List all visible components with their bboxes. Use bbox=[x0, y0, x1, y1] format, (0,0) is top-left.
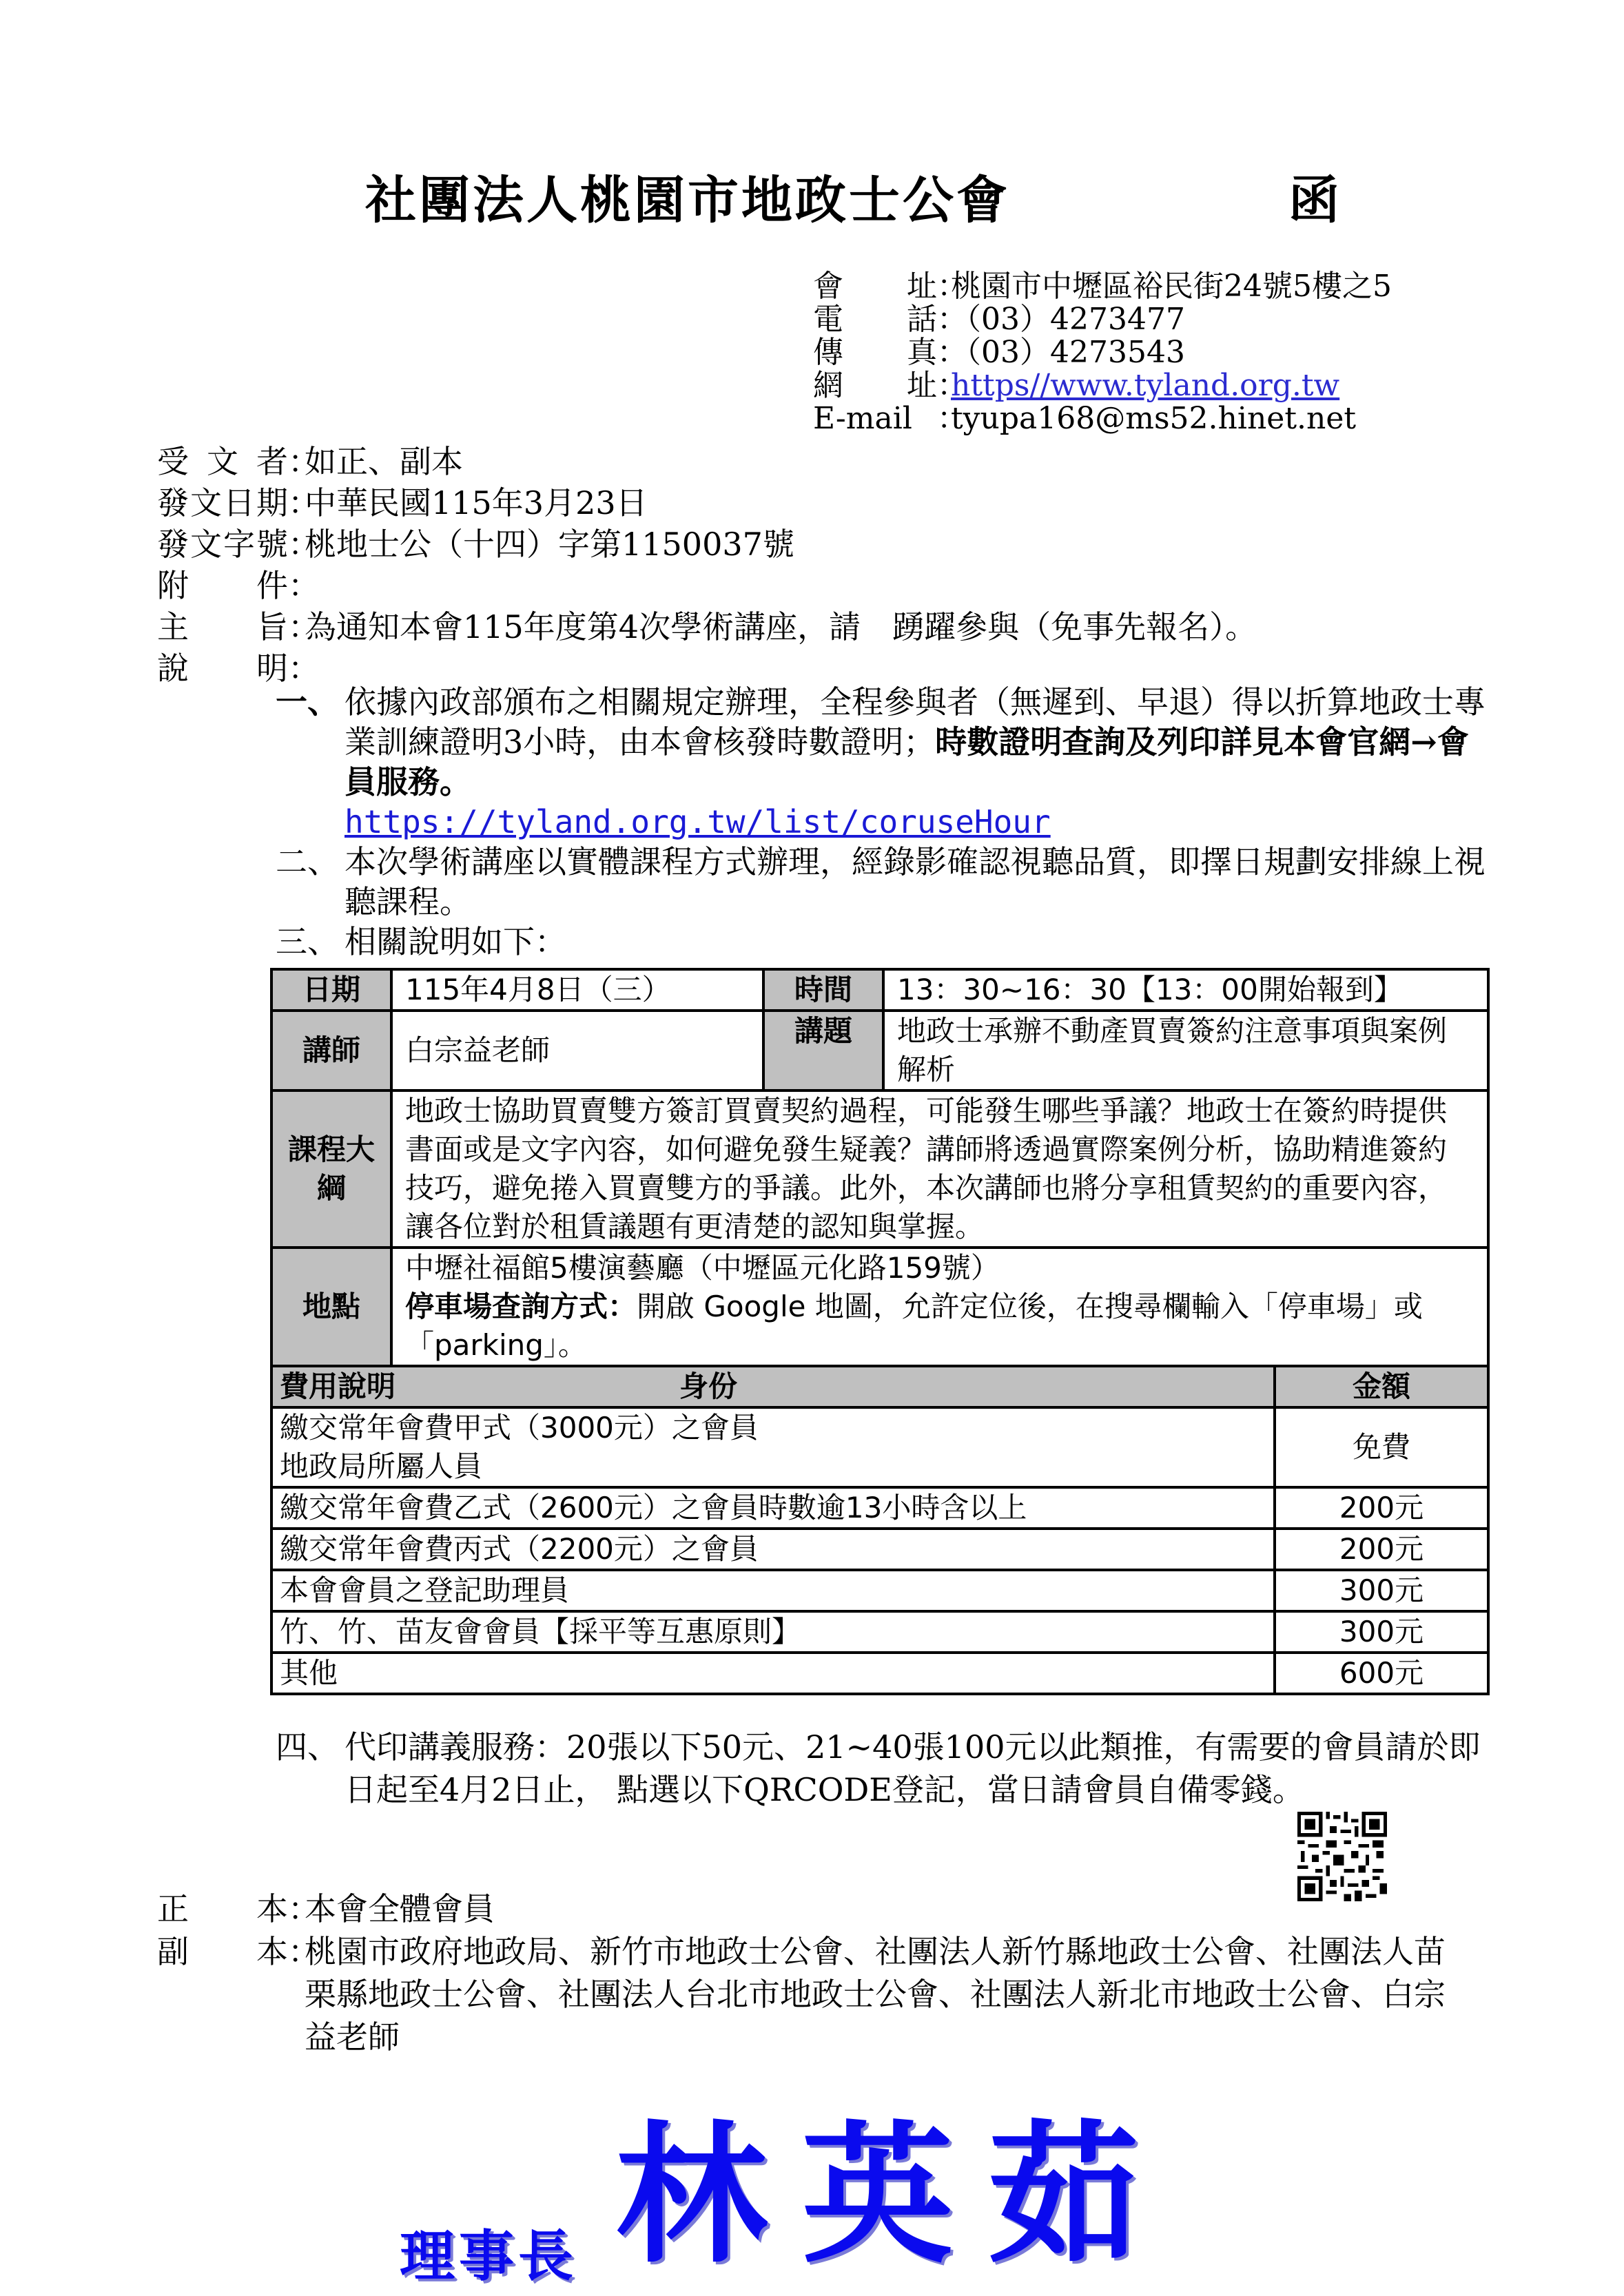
row-outline: 課程大綱 地政士協助買賣雙方簽訂買賣契約過程，可能發生哪些爭議？地政士在簽約時提… bbox=[271, 1090, 1488, 1248]
explanation-item-4: 四、 代印講義服務：20張以下50元、21~40張100元以此類推，有需要的會員… bbox=[276, 1726, 1488, 1811]
explanation-item-2: 二、 本次學術講座以實體課程方式辦理，經錄影確認視聽品質，即擇日規劃安排線上視聽… bbox=[276, 842, 1488, 922]
fee-amount: 免費 bbox=[1275, 1407, 1488, 1487]
parking-label: 停車場查詢方式： bbox=[405, 1290, 637, 1323]
phone-value: （03）4273477 bbox=[951, 303, 1185, 336]
website-link[interactable]: https//www.tyland.org.tw bbox=[951, 369, 1339, 402]
contact-phone: 電話： （03）4273477 bbox=[813, 303, 1392, 336]
letter-title: 社團法人桃園市地政士公會 函 bbox=[365, 160, 1010, 233]
signature-role: 理事長 bbox=[400, 2212, 577, 2291]
fee-amount: 200元 bbox=[1275, 1487, 1488, 1529]
row-speaker-topic: 講師 白宗益老師 講題 地政士承辦不動產買賣簽約注意事項與案例解析 bbox=[271, 1011, 1488, 1090]
carbon-copy: 副本： 桃園市政府地政局、新竹市地政士公會、社團法人新竹縣地政士公會、社團法人苗… bbox=[157, 1930, 1448, 2058]
fee-amount: 300元 bbox=[1275, 1570, 1488, 1611]
topic-label: 講題 bbox=[763, 1011, 883, 1090]
meta-attachment: 附件： bbox=[157, 565, 1257, 606]
meta-doc-number: 發文字號： 桃地士公（十四）字第1150037號 bbox=[157, 524, 1257, 565]
document-meta: 受文者： 如正、副本 發文日期： 中華民國115年3月23日 發文字號： 桃地士… bbox=[157, 441, 1257, 689]
venue-value: 中壢社福館5樓演藝廳（中壢區元化路159號） bbox=[405, 1251, 1000, 1285]
fax-value: （03）4273543 bbox=[951, 336, 1185, 369]
row-date-time: 日期 115年4月8日（三） 時間 13：30~16：30【13：00開始報到】 bbox=[271, 969, 1488, 1011]
course-hour-link[interactable]: https://tyland.org.tw/list/coruseHour bbox=[345, 803, 1051, 840]
time-label: 時間 bbox=[763, 969, 883, 1011]
address-value: 桃園市中壢區裕民街24號5樓之5 bbox=[951, 270, 1392, 303]
contact-address: 會址： 桃園市中壢區裕民街24號5樓之5 bbox=[813, 270, 1392, 303]
meta-recipient: 受文者： 如正、副本 bbox=[157, 441, 1257, 482]
copy-recipients: 正本： 本會全體會員 副本： 桃園市政府地政局、新竹市地政士公會、社團法人新竹縣… bbox=[157, 1888, 1448, 2058]
topic-value: 地政士承辦不動產買賣簽約注意事項與案例解析 bbox=[883, 1011, 1488, 1090]
email-value: tyupa168@ms52.hinet.net bbox=[951, 402, 1356, 435]
fee-row: 本會會員之登記助理員 300元 bbox=[271, 1570, 1488, 1611]
fee-label: 費用說明 bbox=[280, 1369, 395, 1403]
contact-block: 會址： 桃園市中壢區裕民街24號5樓之5 電話： （03）4273477 傳真：… bbox=[813, 270, 1392, 435]
signature-name: 林英茹 bbox=[616, 2073, 1174, 2291]
explanation-item-3: 三、 相關說明如下： bbox=[276, 922, 1488, 962]
fee-header-row: 費用說明 身份 金額 bbox=[271, 1366, 1488, 1407]
fee-row: 繳交常年會費乙式（2600元）之會員時數逾13小時含以上 200元 bbox=[271, 1487, 1488, 1529]
date-label: 日期 bbox=[271, 969, 391, 1011]
fee-amount: 600元 bbox=[1275, 1653, 1488, 1694]
meta-date: 發文日期： 中華民國115年3月23日 bbox=[157, 482, 1257, 524]
speaker-label: 講師 bbox=[271, 1011, 391, 1090]
contact-website: 網址： https//www.tyland.org.tw bbox=[813, 369, 1392, 402]
org-name: 社團法人桃園市地政士公會 bbox=[365, 171, 1010, 230]
doc-type: 函 bbox=[1288, 160, 1342, 233]
chairman-signature: 理事長 林英茹 bbox=[400, 2073, 1174, 2291]
contact-fax: 傳真： （03）4273543 bbox=[813, 336, 1392, 369]
outline-label: 課程大綱 bbox=[271, 1090, 391, 1248]
date-value: 115年4月8日（三） bbox=[391, 969, 763, 1011]
fee-row: 竹、竹、苗友會會員【採平等互惠原則】 300元 bbox=[271, 1611, 1488, 1653]
row-venue: 地點 中壢社福館5樓演藝廳（中壢區元化路159號） 停車場查詢方式：開啟 Goo… bbox=[271, 1248, 1488, 1366]
contact-email: E-mail： tyupa168@ms52.hinet.net bbox=[813, 402, 1392, 435]
fee-row: 其他 600元 bbox=[271, 1653, 1488, 1694]
explanation-items: 一、 依據內政部頒布之相關規定辦理，全程參與者（無遲到、早退）得以折算地政士專業… bbox=[276, 682, 1488, 962]
meta-subject: 主旨： 為通知本會115年度第4次學術講座，請 踴躍參與（免事先報名）。 bbox=[157, 606, 1257, 648]
amount-label: 金額 bbox=[1275, 1366, 1488, 1407]
fee-amount: 200元 bbox=[1275, 1529, 1488, 1570]
identity-label: 身份 bbox=[679, 1367, 737, 1406]
speaker-value: 白宗益老師 bbox=[391, 1011, 763, 1090]
main-copy: 正本： 本會全體會員 bbox=[157, 1888, 1448, 1930]
lecture-info-table: 日期 115年4月8日（三） 時間 13：30~16：30【13：00開始報到】… bbox=[270, 968, 1490, 1695]
fee-row: 繳交常年會費丙式（2200元）之會員 200元 bbox=[271, 1529, 1488, 1570]
fee-row: 繳交常年會費甲式（3000元）之會員 地政局所屬人員 免費 bbox=[271, 1407, 1488, 1487]
time-value: 13：30~16：30【13：00開始報到】 bbox=[883, 969, 1488, 1011]
fee-amount: 300元 bbox=[1275, 1611, 1488, 1653]
explanation-item-1: 一、 依據內政部頒布之相關規定辦理，全程參與者（無遲到、早退）得以折算地政士專業… bbox=[276, 682, 1488, 842]
venue-label: 地點 bbox=[271, 1248, 391, 1366]
outline-value: 地政士協助買賣雙方簽訂買賣契約過程，可能發生哪些爭議？地政士在簽約時提供書面或是… bbox=[391, 1090, 1488, 1248]
